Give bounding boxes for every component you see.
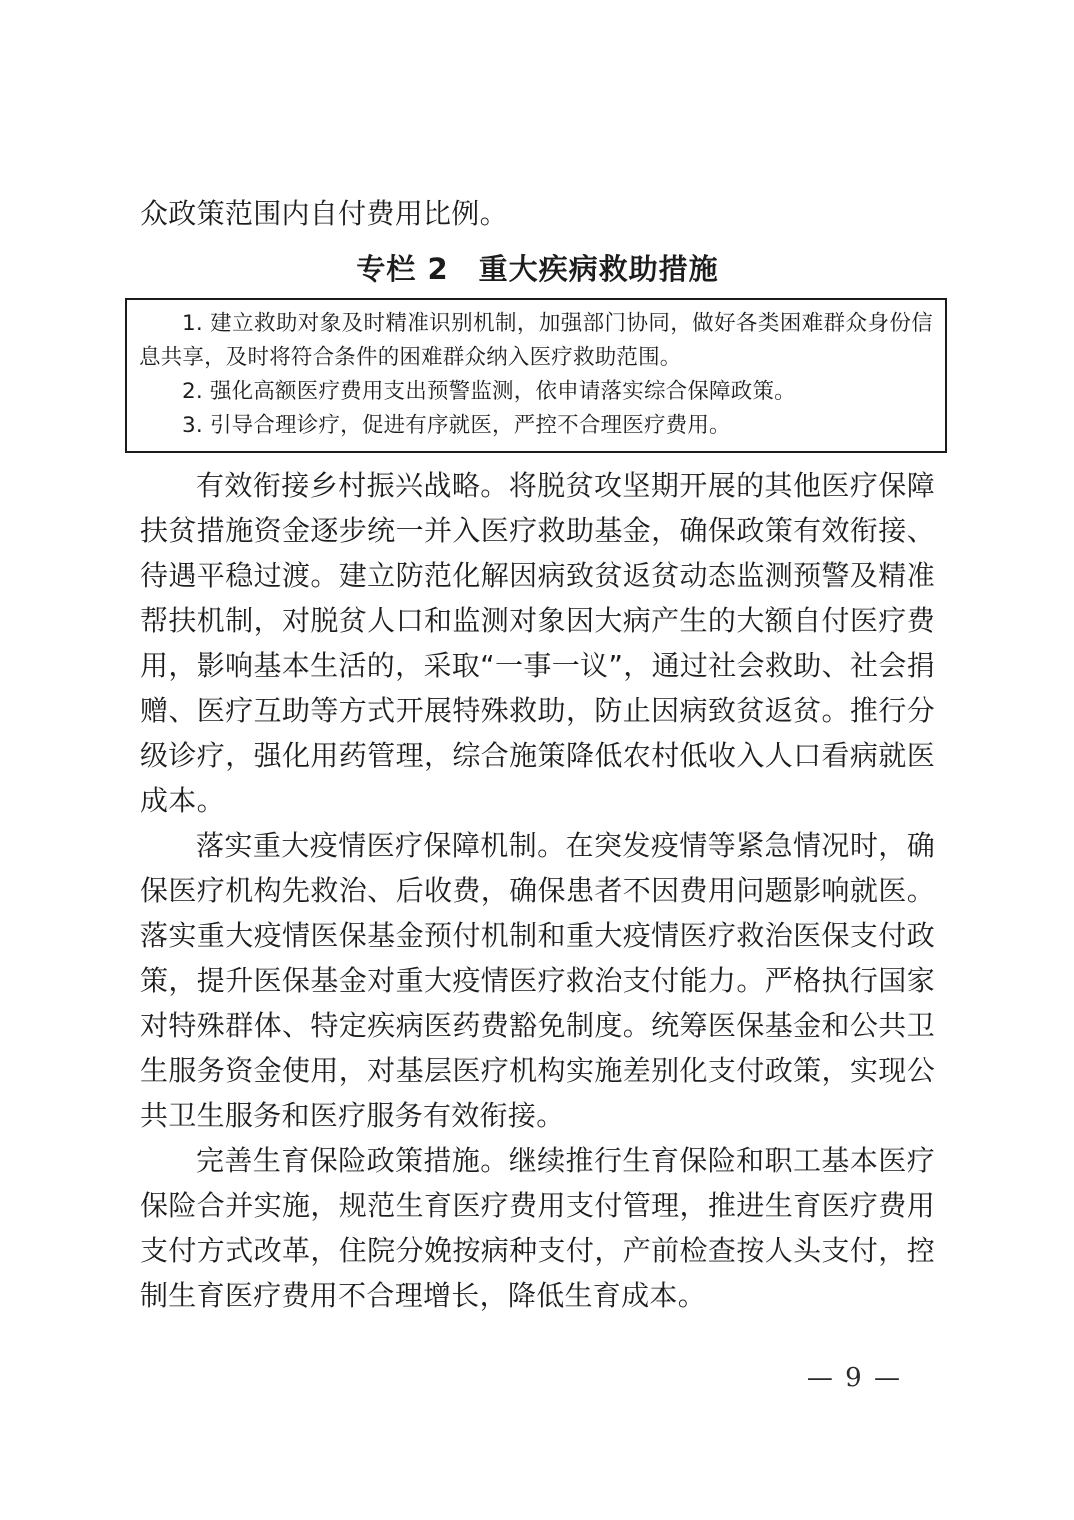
- document-page: { "document": { "intro_line": "众政策范围内自付费…: [0, 0, 1074, 1520]
- paragraph-3: 完善生育保险政策措施。继续推行生育保险和职工基本医疗保险合并实施，规范生育医疗费…: [140, 1138, 935, 1318]
- box-title: 专栏 2 重大疾病救助措施: [140, 248, 935, 290]
- box-item-1: 1. 建立救助对象及时精准识别机制，加强部门协同，做好各类困难群众身份信息共享，…: [139, 307, 933, 375]
- intro-text: 众政策范围内自付费用比例。: [140, 192, 935, 236]
- body-text: 有效衔接乡村振兴战略。将脱贫攻坚期开展的其他医疗保障扶贫措施资金逐步统一并入医疗…: [140, 463, 935, 1318]
- callout-box: 1. 建立救助对象及时精准识别机制，加强部门协同，做好各类困难群众身份信息共享，…: [125, 298, 947, 453]
- paragraph-1: 有效衔接乡村振兴战略。将脱贫攻坚期开展的其他医疗保障扶贫措施资金逐步统一并入医疗…: [140, 463, 935, 823]
- paragraph-2: 落实重大疫情医疗保障机制。在突发疫情等紧急情况时，确保医疗机构先救治、后收费，确…: [140, 823, 935, 1138]
- box-item-2: 2. 强化高额医疗费用支出预警监测，依申请落实综合保障政策。: [139, 375, 933, 409]
- page-content: 众政策范围内自付费用比例。 专栏 2 重大疾病救助措施 1. 建立救助对象及时精…: [140, 192, 935, 1318]
- page-number: — 9 —: [807, 1363, 902, 1393]
- box-item-3: 3. 引导合理诊疗，促进有序就医，严控不合理医疗费用。: [139, 409, 933, 443]
